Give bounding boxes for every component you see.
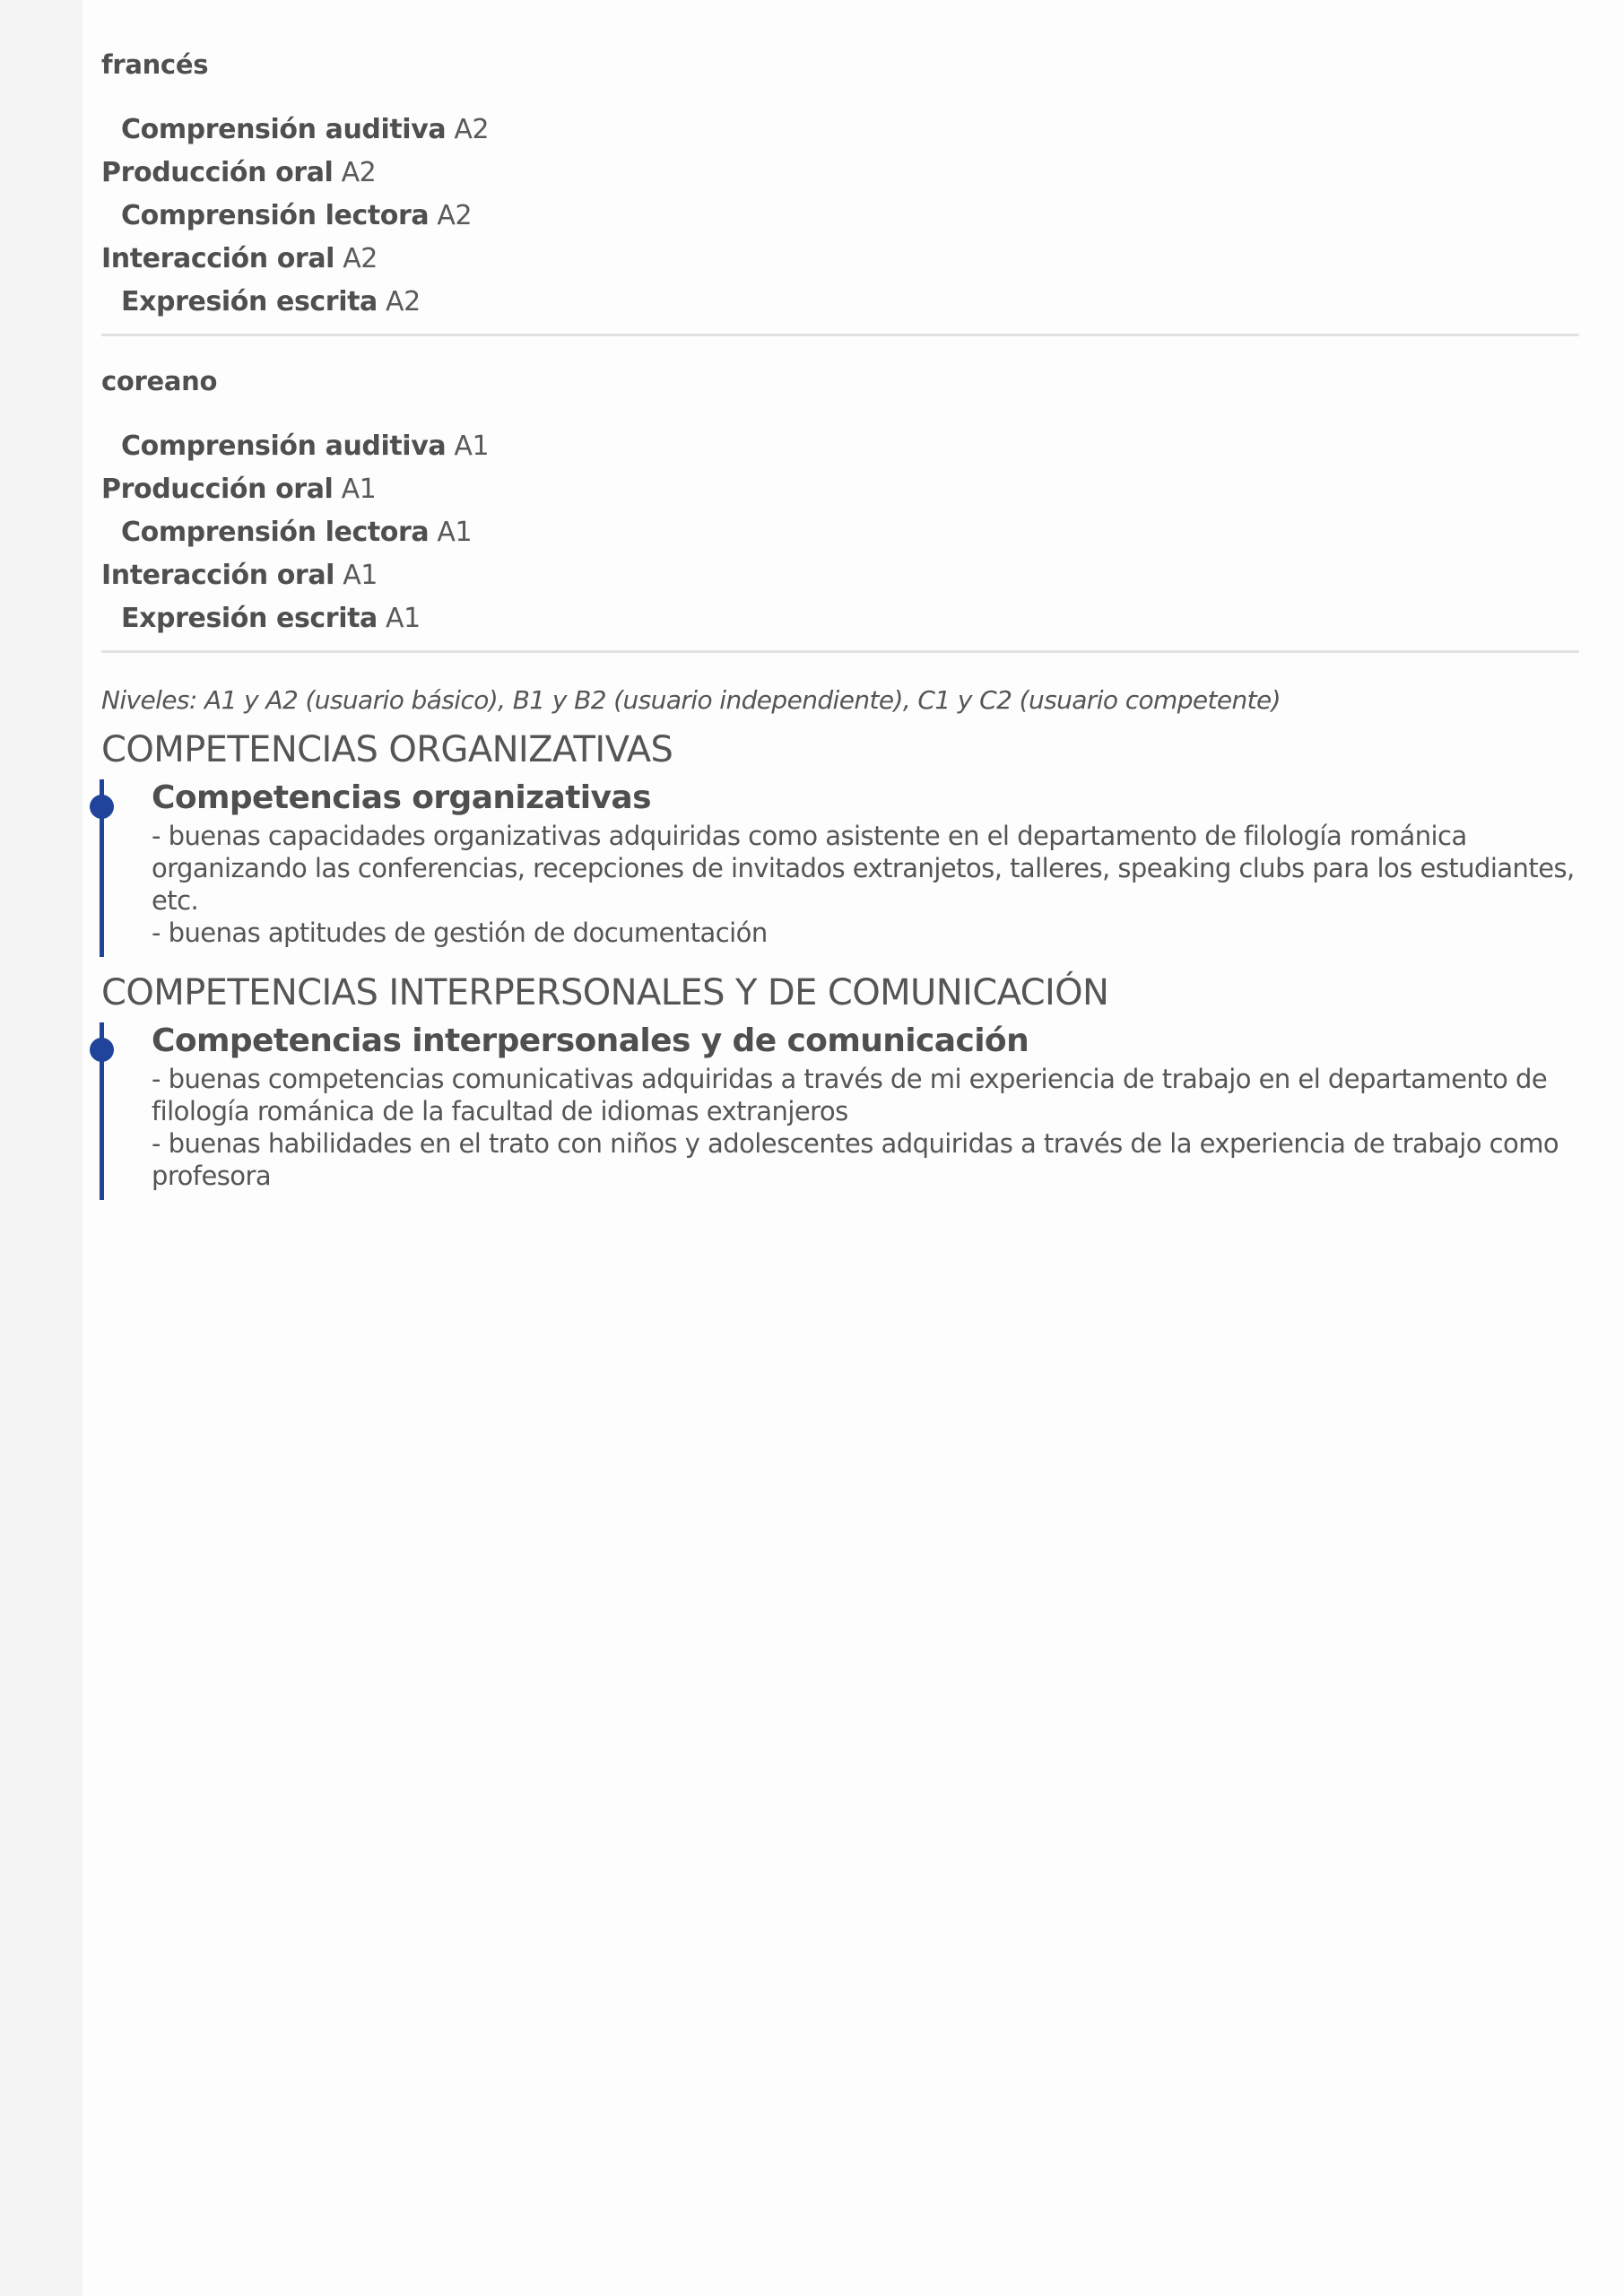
- skill-row: Comprensión lectora A2: [101, 195, 1579, 238]
- description-line: organizando las conferencias, recepcione…: [152, 852, 1579, 884]
- skill-label: Expresión escrita: [121, 603, 378, 634]
- language-block-french: francés Comprensión auditiva A2 Producci…: [101, 0, 1579, 336]
- skill-row: Comprensión auditiva A2: [101, 109, 1579, 152]
- language-skills-list: Comprensión auditiva A1 Producción oral …: [101, 425, 1579, 640]
- language-name: francés: [101, 52, 1579, 78]
- skill-level: A2: [342, 157, 377, 188]
- skill-row: Producción oral A1: [101, 468, 1579, 511]
- skill-label: Comprensión lectora: [121, 517, 429, 548]
- skill-label: Expresión escrita: [121, 286, 378, 317]
- skill-level: A2: [437, 200, 472, 231]
- skill-level: A1: [386, 603, 421, 634]
- skill-label: Interacción oral: [101, 560, 334, 591]
- timeline-dot-icon: [90, 795, 114, 819]
- item-title: Competencias organizativas: [152, 779, 1579, 816]
- skill-label: Comprensión auditiva: [121, 114, 446, 145]
- section-heading-organizational: COMPETENCIAS ORGANIZATIVAS: [101, 729, 1579, 770]
- skill-label: Producción oral: [101, 474, 333, 505]
- skill-level: A2: [343, 243, 378, 274]
- skill-level: A1: [342, 474, 377, 505]
- skill-level: A2: [454, 114, 489, 145]
- item-description: - buenas capacidades organizativas adqui…: [152, 820, 1579, 949]
- description-line: filología románica de la facultad de idi…: [152, 1095, 1579, 1127]
- skill-level: A1: [454, 430, 489, 462]
- description-line: etc.: [152, 884, 1579, 917]
- skill-row: Interacción oral A2: [101, 238, 1579, 281]
- skill-label: Producción oral: [101, 157, 333, 188]
- left-margin-strip: [0, 0, 83, 2296]
- language-name: coreano: [101, 369, 1579, 395]
- language-skills-list: Comprensión auditiva A2 Producción oral …: [101, 109, 1579, 324]
- timeline-item-interpersonal: Competencias interpersonales y de comuni…: [101, 1022, 1579, 1192]
- description-line: - buenas aptitudes de gestión de documen…: [152, 917, 1579, 949]
- levels-note: Niveles: A1 y A2 (usuario básico), B1 y …: [101, 685, 1579, 715]
- separator: [101, 650, 1579, 653]
- item-title: Competencias interpersonales y de comuni…: [152, 1022, 1579, 1059]
- skill-label: Comprensión auditiva: [121, 430, 446, 462]
- skill-row: Expresión escrita A2: [101, 281, 1579, 324]
- skill-label: Comprensión lectora: [121, 200, 429, 231]
- cv-content: francés Comprensión auditiva A2 Producci…: [101, 0, 1579, 1192]
- description-line: - buenas capacidades organizativas adqui…: [152, 820, 1579, 852]
- description-line: - buenas competencias comunicativas adqu…: [152, 1063, 1579, 1095]
- description-line: - buenas habilidades en el trato con niñ…: [152, 1127, 1579, 1160]
- skill-row: Comprensión auditiva A1: [101, 425, 1579, 468]
- skill-row: Producción oral A2: [101, 152, 1579, 195]
- section-heading-interpersonal: COMPETENCIAS INTERPERSONALES Y DE COMUNI…: [101, 972, 1579, 1013]
- description-line: profesora: [152, 1160, 1579, 1192]
- skill-row: Interacción oral A1: [101, 554, 1579, 597]
- skill-level: A1: [343, 560, 378, 591]
- skill-level: A2: [386, 286, 421, 317]
- skill-row: Expresión escrita A1: [101, 597, 1579, 640]
- timeline-item-organizational: Competencias organizativas - buenas capa…: [101, 779, 1579, 949]
- skill-label: Interacción oral: [101, 243, 334, 274]
- skill-row: Comprensión lectora A1: [101, 511, 1579, 554]
- skill-level: A1: [437, 517, 472, 548]
- item-description: - buenas competencias comunicativas adqu…: [152, 1063, 1579, 1192]
- timeline-dot-icon: [90, 1038, 114, 1062]
- language-block-korean: coreano Comprensión auditiva A1 Producci…: [101, 336, 1579, 653]
